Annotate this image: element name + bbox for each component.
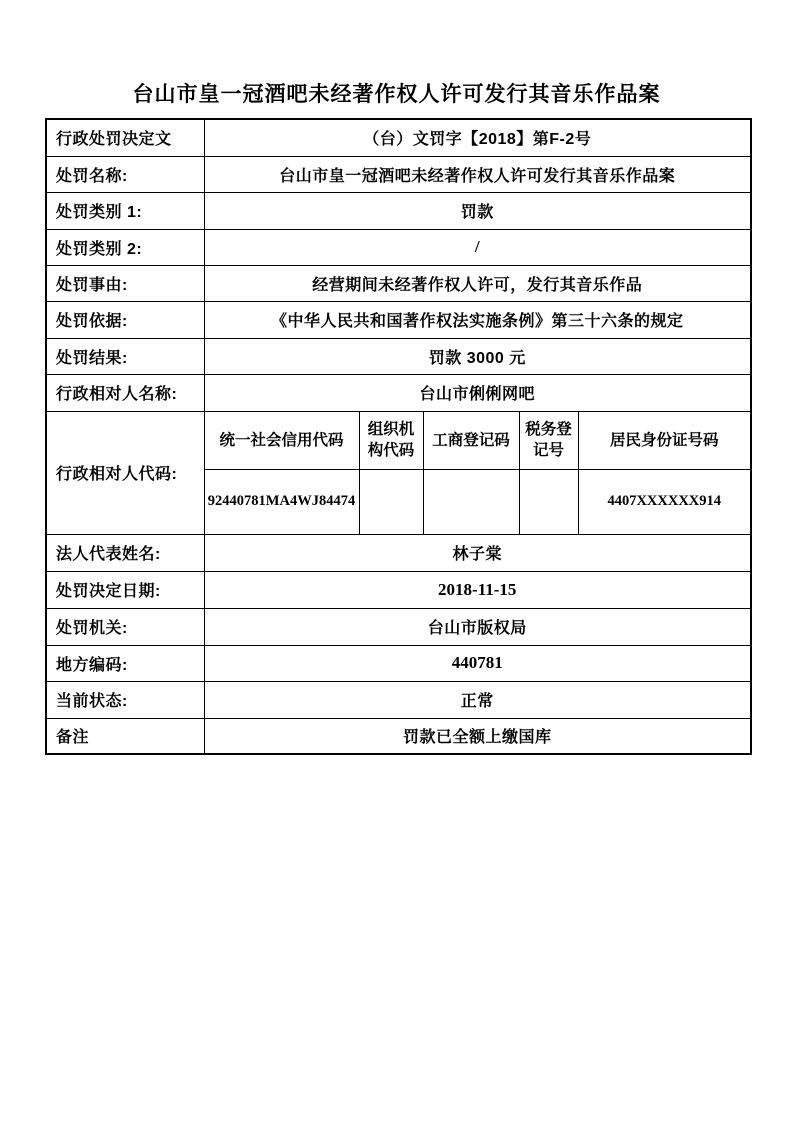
table-row: 处罚决定日期: 2018-11-15: [46, 571, 751, 608]
page-title: 台山市皇一冠酒吧未经著作权人许可发行其音乐作品案: [0, 79, 793, 111]
row-label: 处罚结果:: [46, 338, 204, 374]
row-value: 林子棠: [204, 534, 751, 571]
row-value: 2018-11-15: [204, 571, 751, 608]
table-row: 处罚结果: 罚款 3000 元: [46, 338, 751, 374]
row-label: 备注: [46, 718, 204, 754]
row-value: 台山市俐俐网吧: [204, 374, 751, 411]
row-label: 当前状态:: [46, 681, 204, 718]
row-value: 台山市皇一冠酒吧未经著作权人许可发行其音乐作品案: [204, 156, 751, 192]
penalty-table: 行政处罚决定文 （台）文罚字【2018】第F-2号 处罚名称: 台山市皇一冠酒吧…: [45, 118, 752, 755]
code-header-id-number: 居民身份证号码: [578, 411, 751, 469]
row-value: （台）文罚字【2018】第F-2号: [204, 119, 751, 156]
table-row: 备注 罚款已全额上缴国库: [46, 718, 751, 754]
row-label: 处罚依据:: [46, 301, 204, 338]
table-row: 当前状态: 正常: [46, 681, 751, 718]
code-header-tax-reg: 税务登记号: [519, 411, 578, 469]
row-value: /: [204, 229, 751, 265]
row-value: 正常: [204, 681, 751, 718]
row-label: 行政相对人代码:: [46, 411, 204, 534]
code-header-org-code: 组织机构代码: [359, 411, 423, 469]
table-row: 处罚事由: 经营期间未经著作权人许可，发行其音乐作品: [46, 265, 751, 301]
code-value-tax-reg: [519, 469, 578, 534]
row-label: 处罚名称:: [46, 156, 204, 192]
row-label: 行政处罚决定文: [46, 119, 204, 156]
row-label: 处罚决定日期:: [46, 571, 204, 608]
row-label: 处罚类别 1:: [46, 192, 204, 229]
code-value-id-number: 4407XXXXXX914: [578, 469, 751, 534]
table-row: 行政相对人名称: 台山市俐俐网吧: [46, 374, 751, 411]
code-header-business-reg: 工商登记码: [423, 411, 519, 469]
table-row: 行政处罚决定文 （台）文罚字【2018】第F-2号: [46, 119, 751, 156]
table-row: 法人代表姓名: 林子棠: [46, 534, 751, 571]
row-value: 《中华人民共和国著作权法实施条例》第三十六条的规定: [204, 301, 751, 338]
table-row: 处罚类别 1: 罚款: [46, 192, 751, 229]
row-label: 处罚类别 2:: [46, 229, 204, 265]
code-value-business-reg: [423, 469, 519, 534]
row-value: 440781: [204, 645, 751, 681]
row-label: 处罚事由:: [46, 265, 204, 301]
document-page: 台山市皇一冠酒吧未经著作权人许可发行其音乐作品案 行政处罚决定文 （台）文罚字【…: [0, 0, 793, 1122]
row-label: 法人代表姓名:: [46, 534, 204, 571]
code-table-header-row: 行政相对人代码: 统一社会信用代码 组织机构代码 工商登记码 税务登记号 居民身…: [46, 411, 751, 469]
row-label: 行政相对人名称:: [46, 374, 204, 411]
row-value: 台山市版权局: [204, 608, 751, 645]
code-value-credit-code: 92440781MA4WJ84474: [204, 469, 359, 534]
row-value: 罚款: [204, 192, 751, 229]
row-label: 处罚机关:: [46, 608, 204, 645]
table-row: 处罚机关: 台山市版权局: [46, 608, 751, 645]
row-value: 罚款 3000 元: [204, 338, 751, 374]
table-row: 处罚依据: 《中华人民共和国著作权法实施条例》第三十六条的规定: [46, 301, 751, 338]
table-row: 处罚类别 2: /: [46, 229, 751, 265]
row-value: 经营期间未经著作权人许可，发行其音乐作品: [204, 265, 751, 301]
table-row: 地方编码: 440781: [46, 645, 751, 681]
code-value-org-code: [359, 469, 423, 534]
row-value: 罚款已全额上缴国库: [204, 718, 751, 754]
code-header-credit-code: 统一社会信用代码: [204, 411, 359, 469]
row-label: 地方编码:: [46, 645, 204, 681]
table-row: 处罚名称: 台山市皇一冠酒吧未经著作权人许可发行其音乐作品案: [46, 156, 751, 192]
